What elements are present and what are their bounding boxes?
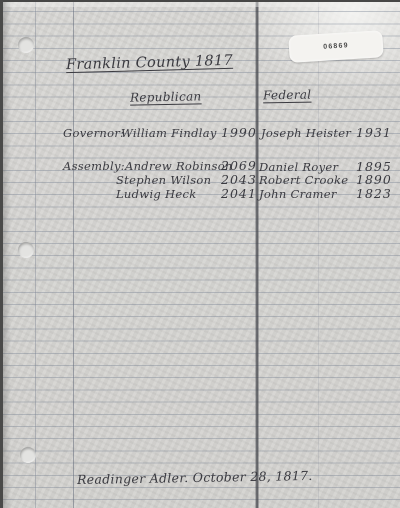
row-fed-name: Robert Crooke <box>259 173 348 187</box>
row-rep-name: Andrew Robinson <box>125 159 233 173</box>
row-rep-votes: 2041 <box>221 186 254 201</box>
row-fed-name: John Cramer <box>259 187 337 201</box>
row-office-label: Governor: <box>63 126 124 140</box>
row-rep-votes: 1990 <box>221 125 254 140</box>
right-faint-crease <box>318 0 319 508</box>
row-fed-name: Daniel Royer <box>259 160 338 174</box>
row-rep-votes: 2043 <box>221 172 254 187</box>
row-fed-votes: 1823 <box>356 186 389 201</box>
center-fold-line <box>255 0 259 508</box>
punch-hole-bottom <box>20 447 36 463</box>
catalog-number: 06869 <box>323 42 349 51</box>
row-fed-name: Joseph Heister <box>261 126 351 140</box>
row-office-label: Assembly: <box>63 159 125 173</box>
row-rep-votes: 2069 <box>221 158 254 173</box>
source-citation: Readinger Adler. October 28, 1817. <box>77 468 313 487</box>
ruled-lines <box>0 0 400 508</box>
row-fed-votes: 1890 <box>356 172 389 187</box>
scan-edge-left-shadow <box>3 0 11 508</box>
left-margin-line-inner <box>73 0 74 508</box>
row-fed-votes: 1931 <box>356 125 389 140</box>
left-margin-line-outer <box>35 0 36 508</box>
row-rep-name: Stephen Wilson <box>116 173 211 187</box>
scan-edge-top-highlight <box>0 2 400 7</box>
punch-hole-top <box>18 37 34 53</box>
column-header-federal: Federal <box>263 88 312 103</box>
punch-hole-middle <box>18 242 34 258</box>
page-title: Franklin County 1817 <box>66 53 233 73</box>
row-rep-name: Ludwig Heck <box>116 187 197 201</box>
column-header-republican: Republican <box>130 89 202 104</box>
paper-texture <box>0 0 400 508</box>
row-rep-name: William Findlay <box>121 126 217 140</box>
scanned-page: 06869 Franklin County 1817 Republican Fe… <box>0 0 400 508</box>
catalog-sticker: 06869 <box>288 30 383 63</box>
